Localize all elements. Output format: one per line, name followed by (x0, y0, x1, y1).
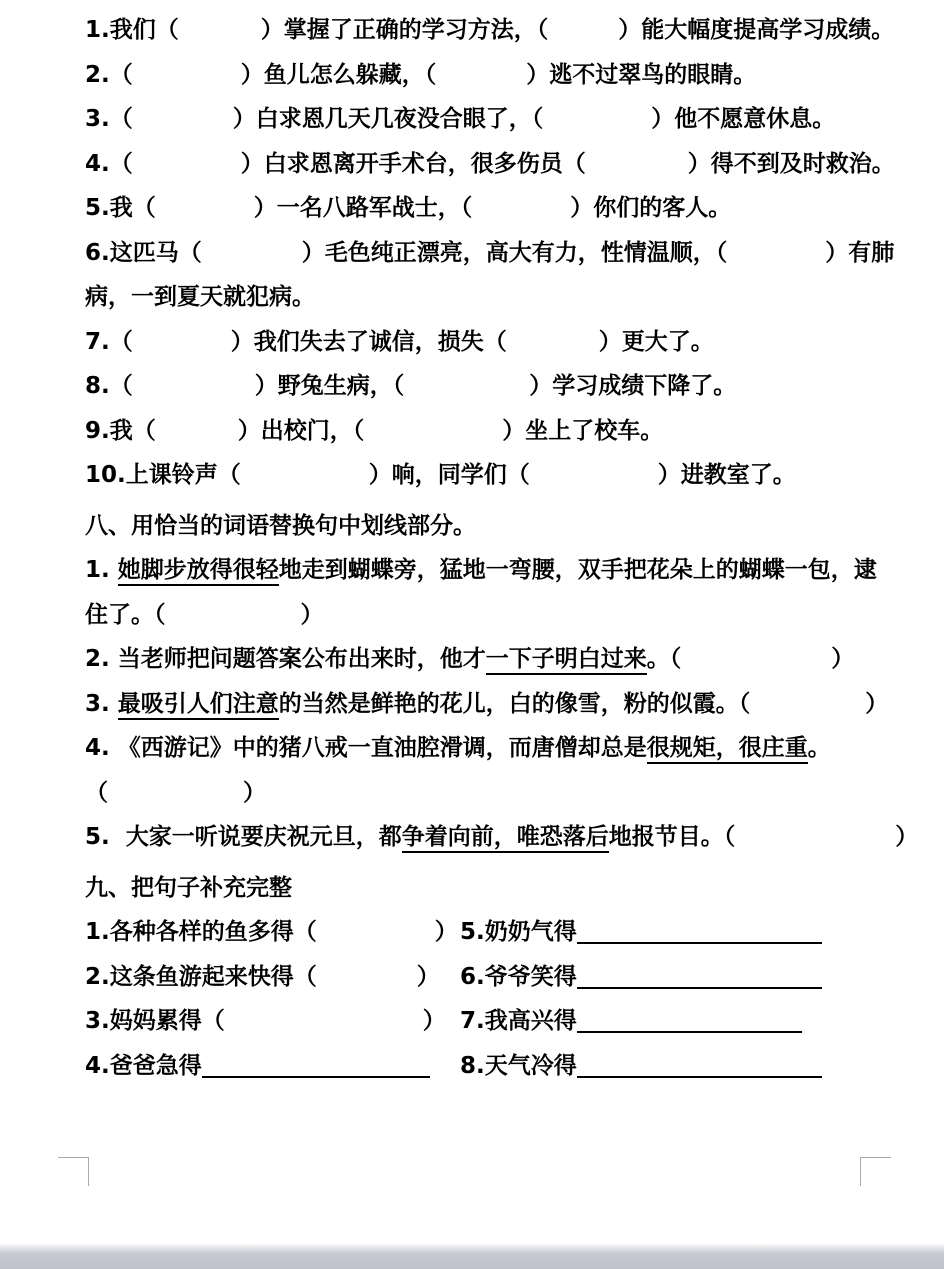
text-run: 住了。 (85, 602, 154, 628)
text-run: 学习成绩下降了。 (552, 373, 736, 399)
paren-answer-blank[interactable]: （） (507, 462, 681, 488)
underline-answer-blank[interactable] (577, 964, 822, 989)
text-line: 3. 最吸引人们注意的当然是鲜艳的花儿，白的像雪，粉的似霞。（） (85, 682, 895, 727)
section-eight-heading: 八、用恰当的词语替换句中划线部分。 (85, 504, 895, 549)
footer-margin-corner-mark-left (58, 1157, 89, 1186)
text-run: 6.爷爷笑得 (460, 964, 577, 990)
text-line: 病，一到夏天就犯病。 (85, 275, 895, 320)
text-run: 坐上了校车。 (525, 418, 663, 444)
paren-answer-blank[interactable]: （） (133, 418, 261, 444)
paren-answer-blank[interactable]: （） (461, 195, 594, 221)
text-run: 1. (85, 557, 118, 583)
text-line: 9.我（）出校门，（）坐上了校车。 (85, 409, 895, 454)
paren-answer-blank[interactable]: （） (218, 462, 392, 488)
column-left: 1.各种各样的鱼多得（） (85, 910, 460, 955)
text-run: 野兔生病， (278, 373, 393, 399)
text-run: 2.这条鱼游起来快得 (85, 964, 294, 990)
text-run: 2. (85, 62, 110, 88)
text-line: 2.这条鱼游起来快得（）6.爷爷笑得 (85, 955, 895, 1000)
paren-answer-blank[interactable]: （） (716, 240, 849, 266)
text-run: 出校门， (261, 418, 353, 444)
text-run: 8. (85, 373, 110, 399)
text-run: 进教室了。 (681, 462, 796, 488)
text-run: 9.我 (85, 418, 133, 444)
paren-answer-blank[interactable]: （） (484, 329, 622, 355)
paren-answer-blank[interactable]: （） (179, 240, 325, 266)
text-run: 地走到蝴蝶旁，猛地一弯腰，双手把花朵上的蝴蝶一包，逮 (279, 557, 877, 583)
section-nine-heading: 九、把句子补充完整 (85, 866, 895, 911)
text-line: 1.我们（）掌握了正确的学习方法，（）能大幅度提高学习成绩。 (85, 8, 895, 53)
footer-margin-corner-mark-right (860, 1157, 891, 1186)
column-right: 5.奶奶气得 (460, 910, 822, 955)
text-run: 。 (647, 646, 670, 672)
text-line: 1.各种各样的鱼多得（）5.奶奶气得 (85, 910, 895, 955)
text-line: 住了。（） (85, 593, 895, 638)
underlined-phrase: 一下子明白过来 (486, 646, 647, 675)
paren-answer-blank[interactable]: （） (110, 373, 278, 399)
text-line: 1. 她脚步放得很轻地走到蝴蝶旁，猛地一弯腰，双手把花朵上的蝴蝶一包，逮 (85, 548, 895, 593)
text-run: 6.这匹马 (85, 240, 179, 266)
underlined-phrase: 争着向前，唯恐落后 (402, 824, 609, 853)
text-run: 7.我高兴得 (460, 1008, 577, 1034)
text-line: 4.爸爸急得8.天气冷得 (85, 1044, 895, 1089)
paren-answer-blank[interactable]: （） (563, 151, 711, 177)
text-run: 毛色纯正漂亮，高大有力，性情温顺， (325, 240, 716, 266)
text-run: 我们失去了诚信，损失 (254, 329, 484, 355)
text-run: 一名八路军战士， (277, 195, 461, 221)
paren-answer-blank[interactable]: （） (532, 106, 675, 132)
underlined-phrase: 很规矩，很庄重 (647, 735, 808, 764)
column-right: 7.我高兴得 (460, 999, 802, 1044)
column-left: 3.妈妈累得（） (85, 999, 460, 1044)
text-line: 4. 《西游记》中的猪八戒一直油腔滑调，而唐僧却总是很规矩，很庄重。 (85, 726, 895, 771)
text-run: 。 (808, 735, 831, 761)
text-run: 5.我 (85, 195, 133, 221)
paren-answer-blank[interactable]: （） (294, 964, 440, 990)
paren-answer-blank[interactable]: （） (110, 62, 264, 88)
text-run: 4. 《西游记》中的猪八戒一直油腔滑调，而唐僧却总是 (85, 735, 647, 761)
text-run: 8.天气冷得 (460, 1053, 577, 1079)
text-line: 8.（）野兔生病，（）学习成绩下降了。 (85, 364, 895, 409)
text-line: 3.（）白求恩几天几夜没合眼了，（）他不愿意休息。 (85, 97, 895, 142)
text-run: 1.我们 (85, 17, 156, 43)
paren-answer-blank[interactable]: （） (670, 646, 855, 672)
text-line: 7.（）我们失去了诚信，损失（）更大了。 (85, 320, 895, 365)
underline-answer-blank[interactable] (577, 1008, 802, 1033)
text-run: 1.各种各样的鱼多得 (85, 919, 294, 945)
text-run: 你们的客人。 (593, 195, 731, 221)
text-run: 掌握了正确的学习方法， (284, 17, 537, 43)
paren-answer-blank[interactable]: （） (425, 62, 550, 88)
paren-answer-blank[interactable]: （） (156, 17, 284, 43)
app-background-bar (0, 1243, 944, 1269)
paren-answer-blank[interactable]: （） (110, 151, 264, 177)
paren-answer-blank[interactable]: （） (353, 418, 526, 444)
section-nine-rows: 1.各种各样的鱼多得（）5.奶奶气得2.这条鱼游起来快得（）6.爷爷笑得3.妈妈… (85, 910, 895, 1088)
underline-answer-blank[interactable] (577, 1053, 822, 1078)
text-run: 病，一到夏天就犯病。 (85, 284, 315, 310)
column-right: 6.爷爷笑得 (460, 955, 822, 1000)
text-line: 6.这匹马（）毛色纯正漂亮，高大有力，性情温顺，（）有肺 (85, 231, 895, 276)
underline-answer-blank[interactable] (577, 919, 822, 944)
paren-answer-blank[interactable]: （） (294, 919, 458, 945)
text-run: 更大了。 (622, 329, 714, 355)
text-run: 4. (85, 151, 110, 177)
text-line: 4.（）白求恩离开手术台，很多伤员（）得不到及时救治。 (85, 142, 895, 187)
text-line: （） (85, 771, 895, 816)
paren-answer-blank[interactable]: （） (110, 329, 254, 355)
text-run: 3. (85, 106, 110, 132)
column-left: 4.爸爸急得 (85, 1044, 460, 1089)
text-run: 5. 大家一听说要庆祝元旦，都 (85, 824, 402, 850)
paren-answer-blank[interactable]: （） (154, 602, 324, 628)
text-run: 他不愿意休息。 (674, 106, 835, 132)
document-page[interactable]: 1.我们（）掌握了正确的学习方法，（）能大幅度提高学习成绩。2.（）鱼儿怎么躲藏… (0, 0, 944, 1247)
text-run: 2. 当老师把问题答案公布出来时，他才 (85, 646, 486, 672)
underline-answer-blank[interactable] (202, 1053, 430, 1078)
section-eight-lines: 1. 她脚步放得很轻地走到蝴蝶旁，猛地一弯腰，双手把花朵上的蝴蝶一包，逮住了。（… (85, 548, 895, 860)
text-run: 4.爸爸急得 (85, 1053, 202, 1079)
text-line: 2.（）鱼儿怎么躲藏，（）逃不过翠鸟的眼睛。 (85, 53, 895, 98)
text-run: 有肺 (848, 240, 894, 266)
text-line: 2. 当老师把问题答案公布出来时，他才一下子明白过来。（） (85, 637, 895, 682)
text-run: 地报节目。 (609, 824, 724, 850)
text-run: 鱼儿怎么躲藏， (264, 62, 425, 88)
underlined-phrase: 最吸引人们注意 (118, 691, 279, 720)
text-run: 得不到及时救治。 (711, 151, 895, 177)
document-content: 1.我们（）掌握了正确的学习方法，（）能大幅度提高学习成绩。2.（）鱼儿怎么躲藏… (85, 8, 895, 1088)
text-run: 响，同学们 (392, 462, 507, 488)
underlined-phrase: 她脚步放得很轻 (118, 557, 279, 586)
text-run: 能大幅度提高学习成绩。 (641, 17, 894, 43)
text-run: 5.奶奶气得 (460, 919, 577, 945)
paren-answer-blank[interactable]: （） (85, 780, 266, 806)
text-run: 的当然是鲜艳的花儿，白的像雪，粉的似霞。 (279, 691, 739, 717)
paren-answer-blank[interactable]: （） (537, 17, 642, 43)
text-run: 白求恩几天几夜没合眼了， (256, 106, 532, 132)
text-line: 5.我（）一名八路军战士，（）你们的客人。 (85, 186, 895, 231)
paren-answer-blank[interactable]: （） (739, 691, 889, 717)
text-run: 10.上课铃声 (85, 462, 218, 488)
paren-answer-blank[interactable]: （） (110, 106, 256, 132)
text-run: 3.妈妈累得 (85, 1008, 202, 1034)
paren-answer-blank[interactable]: （） (202, 1008, 446, 1034)
text-line: 5. 大家一听说要庆祝元旦，都争着向前，唯恐落后地报节目。（） (85, 815, 895, 860)
text-run: 白求恩离开手术台，很多伤员 (264, 151, 563, 177)
text-run: 逃不过翠鸟的眼睛。 (549, 62, 756, 88)
text-run: 3. (85, 691, 118, 717)
paren-answer-blank[interactable]: （） (133, 195, 277, 221)
section-seven-lines: 1.我们（）掌握了正确的学习方法，（）能大幅度提高学习成绩。2.（）鱼儿怎么躲藏… (85, 8, 895, 498)
column-right: 8.天气冷得 (460, 1044, 822, 1089)
text-line: 10.上课铃声（）响，同学们（）进教室了。 (85, 453, 895, 498)
paren-answer-blank[interactable]: （） (393, 373, 553, 399)
column-left: 2.这条鱼游起来快得（） (85, 955, 460, 1000)
text-run: 7. (85, 329, 110, 355)
paren-answer-blank[interactable]: （） (724, 824, 919, 850)
text-line: 3.妈妈累得（）7.我高兴得 (85, 999, 895, 1044)
